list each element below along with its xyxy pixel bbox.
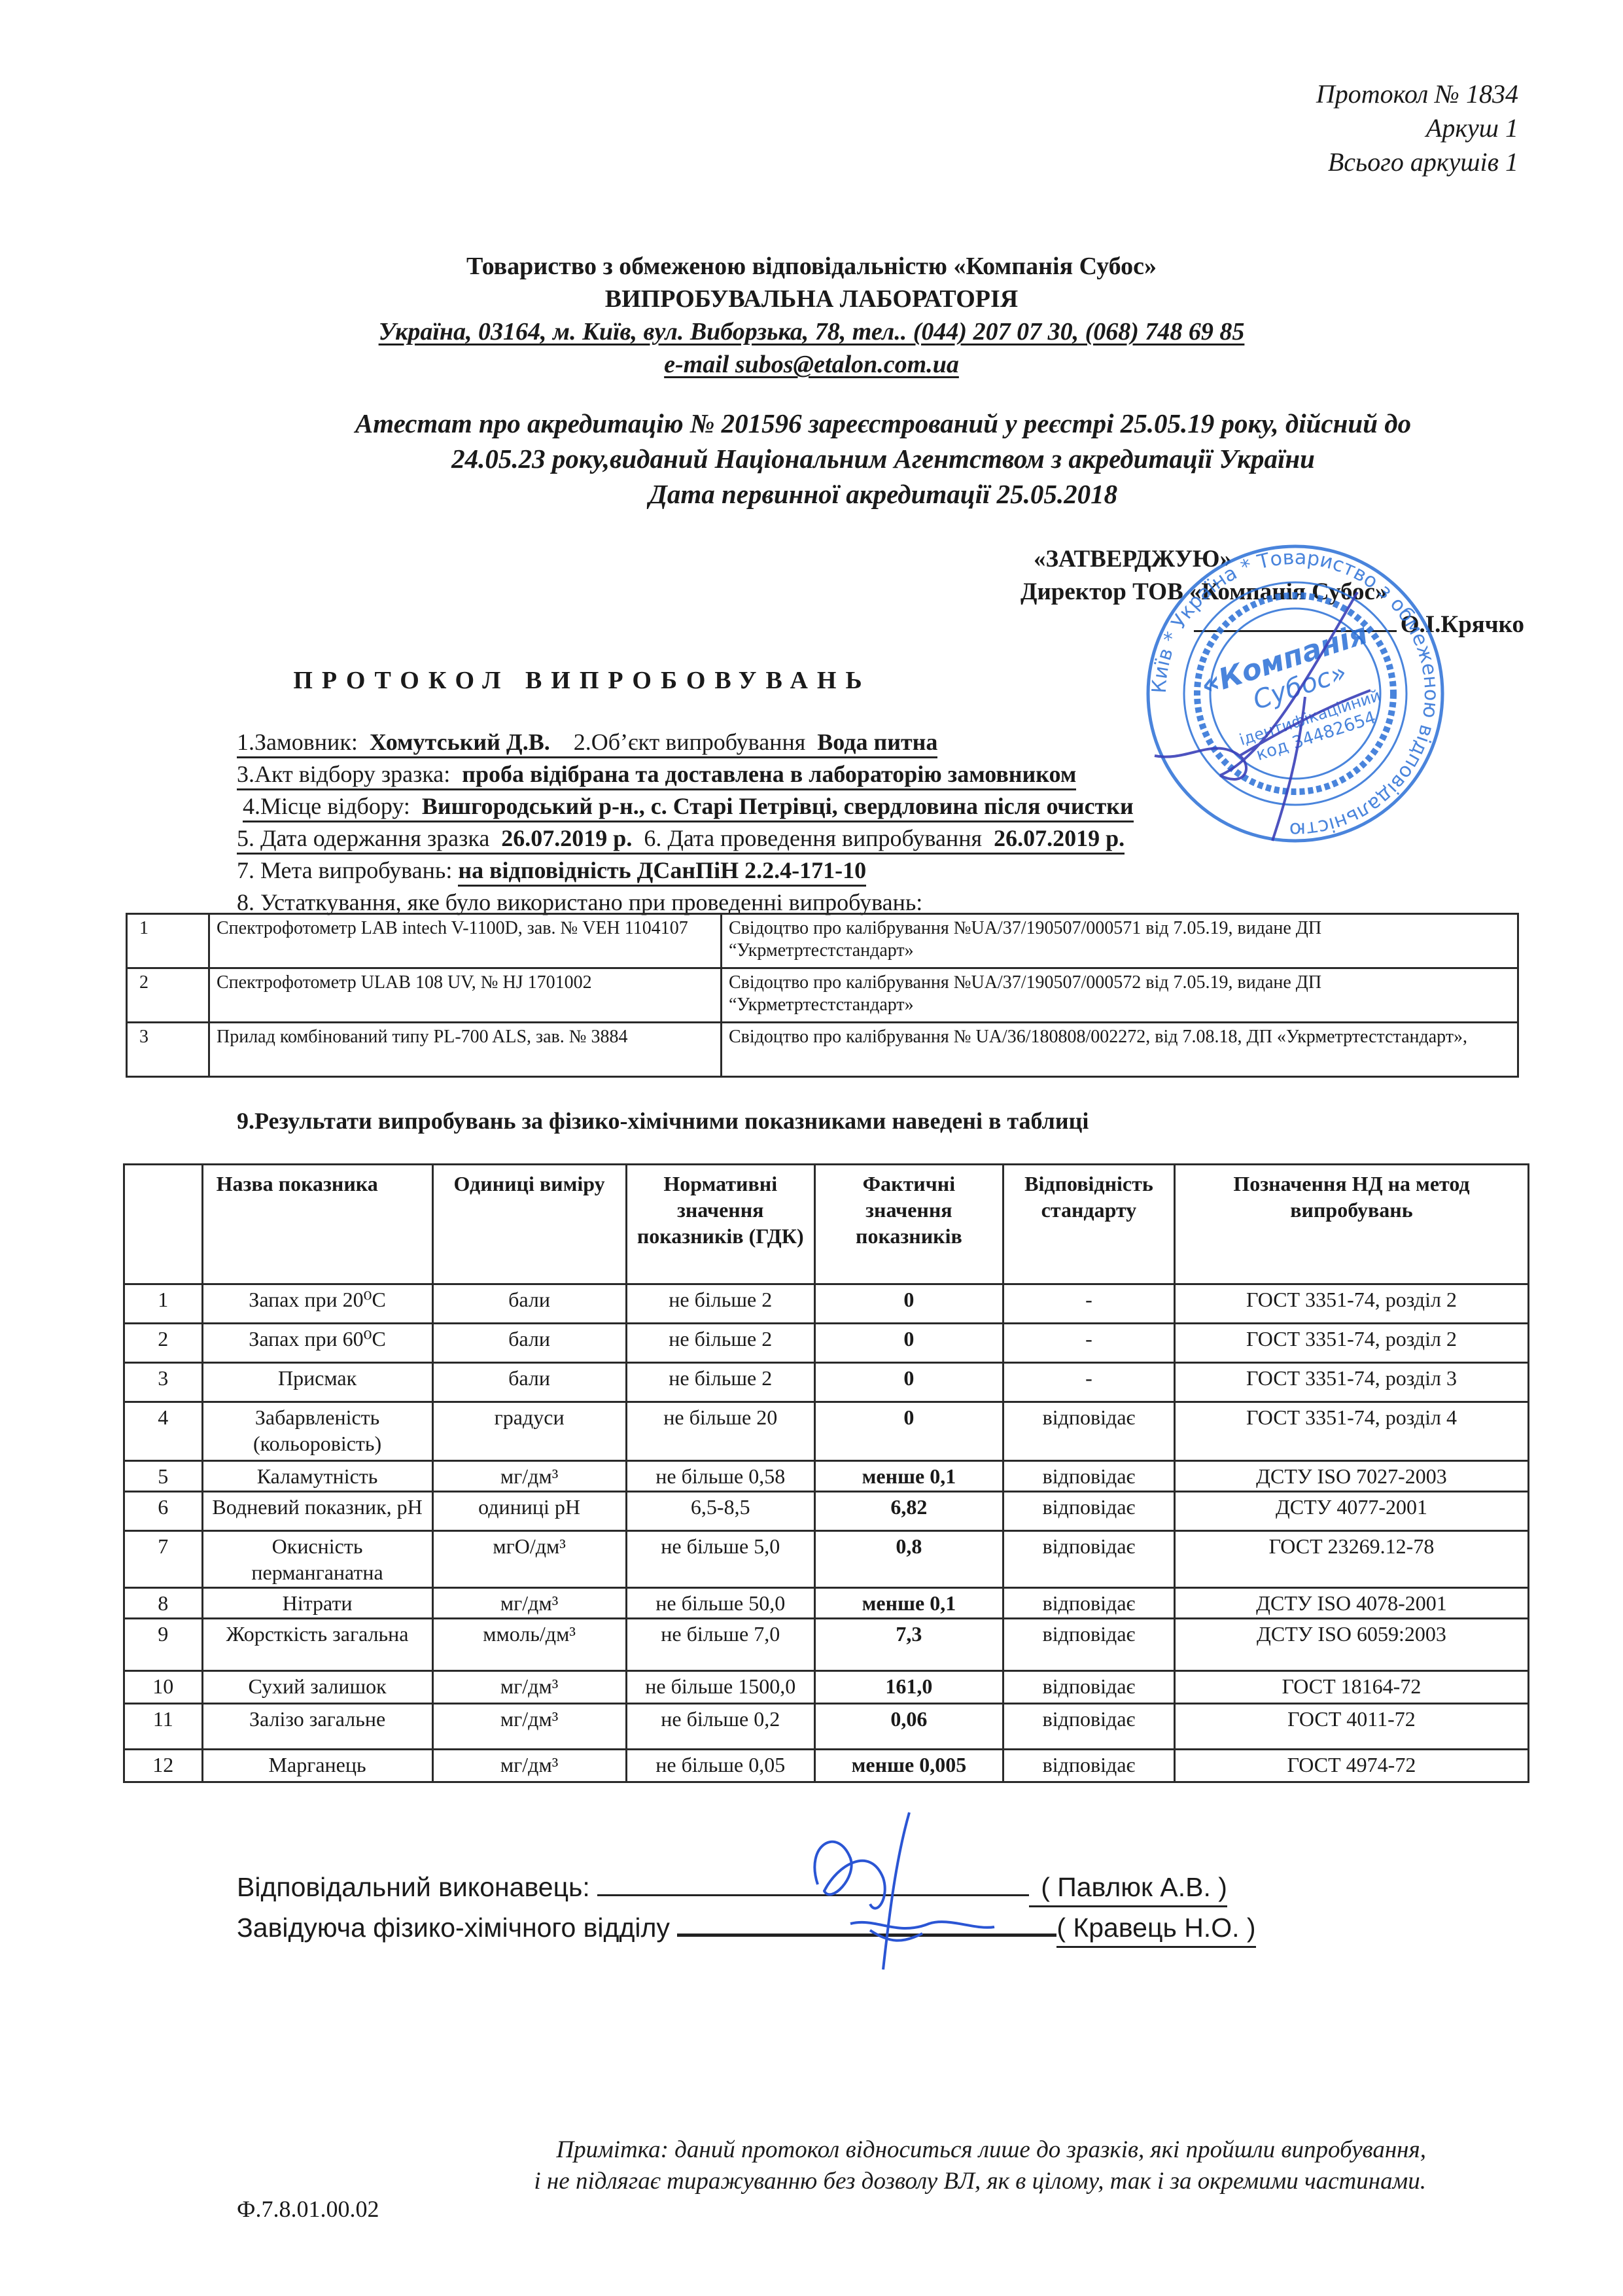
lab-name: ВИПРОБУВАЛЬНА ЛАБОРАТОРІЯ bbox=[0, 283, 1623, 315]
row-number: 1 bbox=[124, 1284, 203, 1324]
equipment-device: Спектрофотометр ULAB 108 UV, № HJ 170100… bbox=[209, 968, 722, 1023]
form-code: Ф.7.8.01.00.02 bbox=[237, 2195, 379, 2223]
protocol-header: Протокол № 1834 Аркуш 1 Всього аркушів 1 bbox=[1316, 77, 1518, 179]
row-number: 5 bbox=[124, 1461, 203, 1492]
actual-value: 6,82 bbox=[814, 1492, 1003, 1531]
test-method: ГОСТ 4974-72 bbox=[1174, 1750, 1528, 1782]
unit: ммоль/дм³ bbox=[432, 1619, 626, 1671]
compliance: - bbox=[1003, 1284, 1174, 1324]
equipment-row: 3Прилад комбінований типу PL-700 ALS, за… bbox=[127, 1023, 1518, 1077]
results-header-cell: Назва показника bbox=[202, 1165, 432, 1284]
test-method: ГОСТ 23269.12-78 bbox=[1174, 1531, 1528, 1588]
equipment-certificate: Свідоцтво про калібрування № UA/36/18080… bbox=[722, 1023, 1518, 1077]
norm-value: не більше 5,0 bbox=[626, 1531, 814, 1588]
norm-value: не більше 20 bbox=[626, 1402, 814, 1461]
performer-name: ( Павлюк А.В. ) bbox=[1029, 1869, 1227, 1907]
results-row: 11Залізо загальнемг/дм³не більше 0,20,06… bbox=[124, 1704, 1529, 1750]
results-row: 5Каламутністьмг/дм³не більше 0,58менше 0… bbox=[124, 1461, 1529, 1492]
sampling-value: проба відібрана та доставлена в лаборато… bbox=[462, 761, 1076, 787]
accreditation-line-2: 24.05.23 року,виданий Національним Агент… bbox=[275, 441, 1492, 476]
norm-value: не більше 0,58 bbox=[626, 1461, 814, 1492]
tested-value: 26.07.2019 р. bbox=[994, 825, 1125, 851]
unit: бали bbox=[432, 1284, 626, 1324]
results-table: Назва показникаОдиниці виміруНормативні … bbox=[123, 1163, 1529, 1783]
equipment-device: Прилад комбінований типу PL-700 ALS, зав… bbox=[209, 1023, 722, 1077]
actual-value: 0 bbox=[814, 1363, 1003, 1402]
equipment-number: 3 bbox=[127, 1023, 209, 1077]
norm-value: не більше 2 bbox=[626, 1284, 814, 1324]
indicator-name: Запах при 20⁰С bbox=[202, 1284, 432, 1324]
indicator-name: Водневий показник, рН bbox=[202, 1492, 432, 1531]
unit: бали bbox=[432, 1324, 626, 1363]
org-email: e-mail subos@etalon.com.ua bbox=[664, 351, 959, 378]
indicator-name: Забарвленість (кольоровість) bbox=[202, 1402, 432, 1461]
indicator-name: Жорсткість загальна bbox=[202, 1619, 432, 1671]
results-header-cell: Фактичні значення показників bbox=[814, 1165, 1003, 1284]
total-sheets: Всього аркушів 1 bbox=[1316, 145, 1518, 179]
results-caption: 9.Результати випробувань за фізико-хіміч… bbox=[237, 1107, 1089, 1135]
actual-value: 7,3 bbox=[814, 1619, 1003, 1671]
protocol-number: Протокол № 1834 bbox=[1316, 77, 1518, 111]
norm-value: не більше 2 bbox=[626, 1324, 814, 1363]
test-method: ГОСТ 4011-72 bbox=[1174, 1704, 1528, 1750]
results-header-cell: Нормативні значення показників (ГДК) bbox=[626, 1165, 814, 1284]
actual-value: менше 0,1 bbox=[814, 1461, 1003, 1492]
footnote-line-2: і не підлягає тиражуванню без дозволу ВЛ… bbox=[262, 2166, 1426, 2197]
compliance: відповідає bbox=[1003, 1402, 1174, 1461]
test-method: ГОСТ 3351-74, розділ 3 bbox=[1174, 1363, 1528, 1402]
norm-value: не більше 2 bbox=[626, 1363, 814, 1402]
row-number: 8 bbox=[124, 1588, 203, 1619]
results-row: 7Окисність перманганатнамгО/дм³не більше… bbox=[124, 1531, 1529, 1588]
unit: мг/дм³ bbox=[432, 1704, 626, 1750]
equipment-number: 1 bbox=[127, 914, 209, 968]
results-row: 8Нітратимг/дм³не більше 50,0менше 0,1від… bbox=[124, 1588, 1529, 1619]
indicator-name: Каламутність bbox=[202, 1461, 432, 1492]
indicator-name: Присмак bbox=[202, 1363, 432, 1402]
results-header-cell: Позначення НД на метод випробувань bbox=[1174, 1165, 1528, 1284]
equipment-row: 1Спектрофотометр LAB intech V-1100D, зав… bbox=[127, 914, 1518, 968]
equipment-certificate: Свідоцтво про калібрування №UA/37/190507… bbox=[722, 914, 1518, 968]
unit: мгО/дм³ bbox=[432, 1531, 626, 1588]
document-title: ПРОТОКОЛ ВИПРОБОВУВАНЬ bbox=[0, 666, 1164, 695]
compliance: - bbox=[1003, 1363, 1174, 1402]
results-row: 9Жорсткість загальнаммоль/дм³не більше 7… bbox=[124, 1619, 1529, 1671]
row-number: 4 bbox=[124, 1402, 203, 1461]
received-value: 26.07.2019 р. bbox=[501, 825, 632, 851]
test-method: ДСТУ ISO 4078-2001 bbox=[1174, 1588, 1528, 1619]
indicator-name: Марганець bbox=[202, 1750, 432, 1782]
received-label: 5. Дата одержання зразка bbox=[237, 825, 489, 851]
results-header-cell: Одиниці виміру bbox=[432, 1165, 626, 1284]
unit: бали bbox=[432, 1363, 626, 1402]
compliance: відповідає bbox=[1003, 1531, 1174, 1588]
unit: мг/дм³ bbox=[432, 1461, 626, 1492]
organization-block: Товариство з обмеженою відповідальністю … bbox=[0, 250, 1623, 381]
row-number: 11 bbox=[124, 1704, 203, 1750]
compliance: відповідає bbox=[1003, 1704, 1174, 1750]
norm-value: не більше 1500,0 bbox=[626, 1671, 814, 1704]
compliance: відповідає bbox=[1003, 1750, 1174, 1782]
actual-value: 0 bbox=[814, 1324, 1003, 1363]
sampling-label: 3.Акт відбору зразка: bbox=[237, 761, 450, 787]
sheet-number: Аркуш 1 bbox=[1316, 111, 1518, 145]
compliance: відповідає bbox=[1003, 1588, 1174, 1619]
norm-value: 6,5-8,5 bbox=[626, 1492, 814, 1531]
row-number: 2 bbox=[124, 1324, 203, 1363]
row-number: 6 bbox=[124, 1492, 203, 1531]
actual-value: 0,06 bbox=[814, 1704, 1003, 1750]
row-number: 7 bbox=[124, 1531, 203, 1588]
actual-value: 161,0 bbox=[814, 1671, 1003, 1704]
equipment-device: Спектрофотометр LAB intech V-1100D, зав.… bbox=[209, 914, 722, 968]
compliance: відповідає bbox=[1003, 1671, 1174, 1704]
accreditation-block: Атестат про акредитацію № 201596 зареєст… bbox=[275, 406, 1492, 512]
results-row: 6Водневий показник, рНодиниці рН6,5-8,56… bbox=[124, 1492, 1529, 1531]
equipment-certificate: Свідоцтво про калібрування №UA/37/190507… bbox=[722, 968, 1518, 1023]
equipment-number: 2 bbox=[127, 968, 209, 1023]
norm-value: не більше 7,0 bbox=[626, 1619, 814, 1671]
actual-value: 0,8 bbox=[814, 1531, 1003, 1588]
unit: одиниці рН bbox=[432, 1492, 626, 1531]
test-method: ГОСТ 18164-72 bbox=[1174, 1671, 1528, 1704]
norm-value: не більше 50,0 bbox=[626, 1588, 814, 1619]
results-row: 4Забарвленість (кольоровість)градусине б… bbox=[124, 1402, 1529, 1461]
compliance: відповідає bbox=[1003, 1492, 1174, 1531]
test-method: ДСТУ ISO 7027-2003 bbox=[1174, 1461, 1528, 1492]
indicator-name: Окисність перманганатна bbox=[202, 1531, 432, 1588]
test-method: ГОСТ 3351-74, розділ 2 bbox=[1174, 1324, 1528, 1363]
results-row: 12Марганецьмг/дм³не більше 0,05менше 0,0… bbox=[124, 1750, 1529, 1782]
compliance: відповідає bbox=[1003, 1619, 1174, 1671]
unit: мг/дм³ bbox=[432, 1671, 626, 1704]
test-method: ГОСТ 3351-74, розділ 2 bbox=[1174, 1284, 1528, 1324]
object-label: 2.Об’єкт випробування bbox=[574, 729, 806, 755]
performer-label: Відповідальний виконавець: bbox=[237, 1869, 590, 1905]
unit: мг/дм³ bbox=[432, 1588, 626, 1619]
tested-label: 6. Дата проведення випробування bbox=[644, 825, 982, 851]
norm-value: не більше 0,05 bbox=[626, 1750, 814, 1782]
results-row: 2Запах при 60⁰Сбалине більше 20-ГОСТ 335… bbox=[124, 1324, 1529, 1363]
footnote: Примітка: даний протокол відноситься лиш… bbox=[262, 2134, 1426, 2197]
accreditation-line-3: Дата первинної акредитації 25.05.2018 bbox=[275, 476, 1492, 512]
place-value: Вишгородський р-н., с. Старі Петрівці, с… bbox=[422, 793, 1134, 819]
customer-label: 1.Замовник: bbox=[237, 729, 358, 755]
unit: мг/дм³ bbox=[432, 1750, 626, 1782]
object-value: Вода питна bbox=[817, 729, 937, 755]
indicator-name: Нітрати bbox=[202, 1588, 432, 1619]
company-stamp-icon: Київ * Україна * Товариство з обмеженою … bbox=[1142, 540, 1449, 847]
actual-value: менше 0,005 bbox=[814, 1750, 1003, 1782]
actual-value: менше 0,1 bbox=[814, 1588, 1003, 1619]
test-method: ДСТУ ISO 6059:2003 bbox=[1174, 1619, 1528, 1671]
head-label: Завідуюча фізико-хімічного відділу bbox=[237, 1909, 670, 1946]
indicator-name: Залізо загальне bbox=[202, 1704, 432, 1750]
results-header-cell: Відповідність стандарту bbox=[1003, 1165, 1174, 1284]
actual-value: 0 bbox=[814, 1402, 1003, 1461]
test-method: ДСТУ 4077-2001 bbox=[1174, 1492, 1528, 1531]
row-number: 10 bbox=[124, 1671, 203, 1704]
place-label: 4.Місце відбору: bbox=[243, 793, 410, 819]
unit: градуси bbox=[432, 1402, 626, 1461]
equipment-row: 2Спектрофотометр ULAB 108 UV, № HJ 17010… bbox=[127, 968, 1518, 1023]
indicator-name: Сухий залишок bbox=[202, 1671, 432, 1704]
indicator-name: Запах при 60⁰С bbox=[202, 1324, 432, 1363]
results-row: 3Присмакбалине більше 20-ГОСТ 3351-74, р… bbox=[124, 1363, 1529, 1402]
results-header-cell bbox=[124, 1165, 203, 1284]
row-number: 9 bbox=[124, 1619, 203, 1671]
compliance: - bbox=[1003, 1324, 1174, 1363]
equipment-table: 1Спектрофотометр LAB intech V-1100D, зав… bbox=[126, 913, 1519, 1078]
results-row: 10Сухий залишокмг/дм³не більше 1500,0161… bbox=[124, 1671, 1529, 1704]
test-method: ГОСТ 3351-74, розділ 4 bbox=[1174, 1402, 1528, 1461]
head-name: ( Кравець Н.О. ) bbox=[1056, 1909, 1255, 1948]
row-number: 12 bbox=[124, 1750, 203, 1782]
customer-value: Хомутський Д.В. bbox=[370, 729, 550, 755]
results-row: 1Запах при 20⁰Сбалине більше 20-ГОСТ 335… bbox=[124, 1284, 1529, 1324]
row-number: 3 bbox=[124, 1363, 203, 1402]
purpose-value: на відповідність ДСанПіН 2.2.4-171-10 bbox=[458, 856, 866, 887]
org-address: Україна, 03164, м. Київ, вул. Виборзька,… bbox=[379, 318, 1245, 345]
compliance: відповідає bbox=[1003, 1461, 1174, 1492]
accreditation-line-1: Атестат про акредитацію № 201596 зареєст… bbox=[275, 406, 1492, 441]
purpose-label: 7. Мета випробувань: bbox=[237, 857, 452, 883]
performer-signature-icon bbox=[778, 1806, 1027, 1976]
norm-value: не більше 0,2 bbox=[626, 1704, 814, 1750]
actual-value: 0 bbox=[814, 1284, 1003, 1324]
footnote-line-1: Примітка: даний протокол відноситься лиш… bbox=[262, 2134, 1426, 2166]
org-name: Товариство з обмеженою відповідальністю … bbox=[0, 250, 1623, 283]
